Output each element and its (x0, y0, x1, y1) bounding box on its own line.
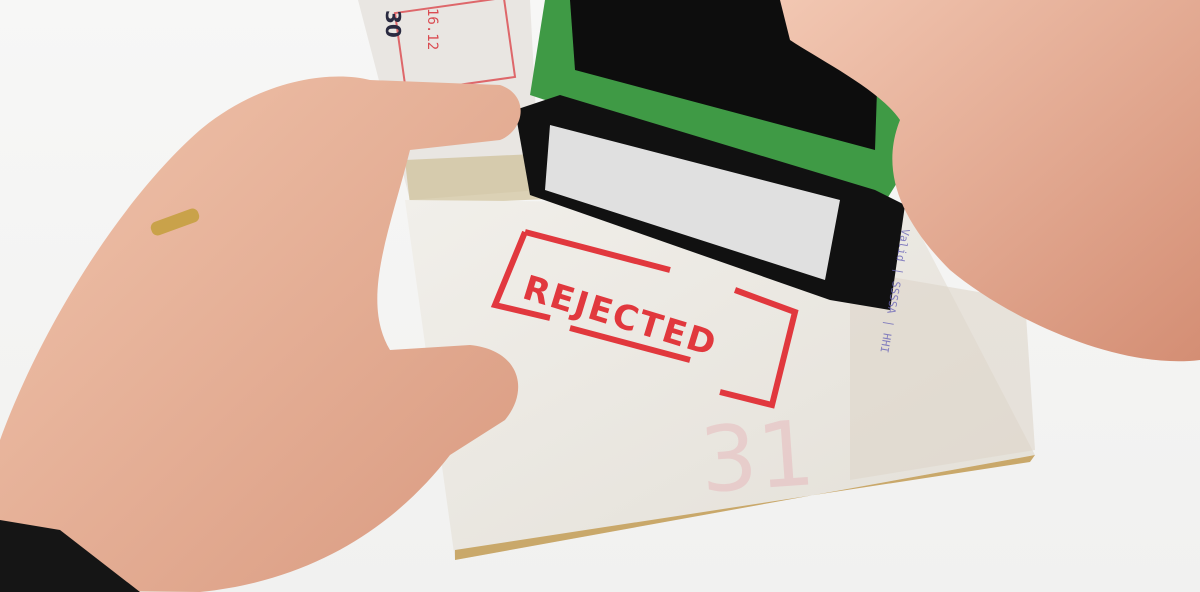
photo-scene: 30 16.12 REJECTED Valid | SSSSA | HHI 31 (0, 0, 1200, 592)
old-stamp-date: 16.12 (424, 8, 440, 50)
page-watermark: 31 (696, 401, 818, 514)
old-stamp-number: 30 (381, 10, 405, 38)
